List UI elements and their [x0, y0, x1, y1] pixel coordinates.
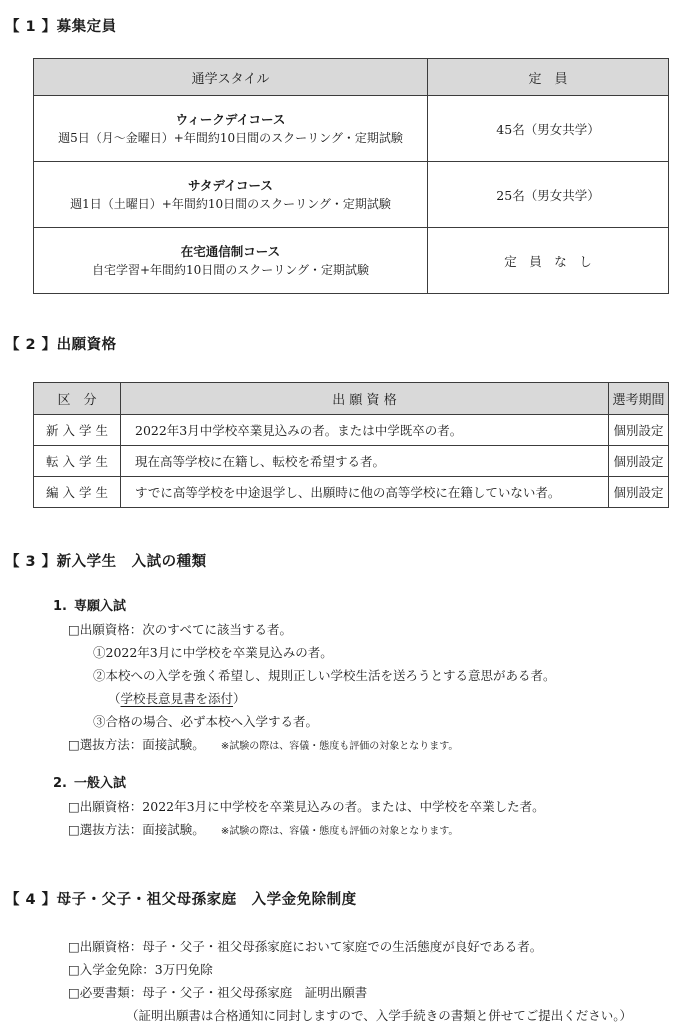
attachment-note-line: （学校長意見書を添付） — [108, 687, 700, 710]
subsection-label: 専願入試 — [74, 599, 126, 614]
row-transfer-students: 転 入 学 生 現在高等学校に在籍し、転校を希望する者。 個別設定 — [34, 446, 669, 477]
admissions-document: 【 1 】募集定員 通学スタイル 定 員 ウィークデイコース 週5日（月～金曜日… — [0, 0, 700, 1027]
section-exam-types: 【 3 】新入学生 入試の種類 1.専願入試 □出願資格：次のすべてに該当する者… — [0, 552, 700, 843]
application-qualification-line: □出願資格：次のすべてに該当する者。 — [68, 618, 700, 641]
section-entrance-fee-exemption: 【 4 】母子・父子・祖父母孫家庭 入学金免除制度 □出願資格：母子・父子・祖父… — [0, 890, 700, 1027]
qualification-text: 現在高等学校に在籍し、転校を希望する者。 — [121, 446, 609, 477]
student-category: 編 入 学 生 — [34, 477, 121, 508]
subsection-general-exam-title: 2.一般入試 — [53, 772, 700, 795]
row-correspondence-course: 在宅通信制コース 自宅学習+年間約10日間のスクーリング・定期試験 定 員 な … — [34, 228, 669, 294]
selection-period: 個別設定 — [609, 477, 669, 508]
condition-item-2: ②本校への入学を強く希望し、規則正しい学校生活を送ろうとする意思がある者。 — [93, 664, 700, 687]
section-2-heading: 【 2 】出願資格 — [5, 335, 700, 355]
course-name: サタデイコース — [40, 177, 421, 195]
subsection-number: 1. — [53, 599, 67, 614]
course-name: ウィークデイコース — [40, 111, 421, 129]
header-selection-period: 選考期間 — [609, 383, 669, 415]
exam-evaluation-note: ※試験の際は、容儀・態度も評価の対象となります。 — [221, 741, 459, 752]
principal-opinion-attachment-text: 学校長意見書を添付 — [121, 691, 234, 706]
section-recruitment-capacity: 【 1 】募集定員 通学スタイル 定 員 ウィークデイコース 週5日（月～金曜日… — [0, 17, 700, 294]
subsection-label: 一般入試 — [74, 776, 126, 791]
subsection-recommended-exam-title: 1.専願入試 — [53, 595, 700, 618]
exam-evaluation-note: ※試験の際は、容儀・態度も評価の対象となります。 — [221, 826, 459, 837]
selection-method-line: □選抜方法：面接試験。※試験の際は、容儀・態度も評価の対象となります。 — [68, 818, 700, 843]
condition-item-3: ③合格の場合、必ず本校へ入学する者。 — [93, 710, 700, 733]
course-detail: 週1日（土曜日）+年間約10日間のスクーリング・定期試験 — [40, 195, 421, 213]
course-capacity: 定 員 な し — [428, 228, 669, 294]
paren-close: ） — [233, 691, 246, 706]
condition-item-1: ①2022年3月に中学校を卒業見込みの者。 — [93, 641, 700, 664]
selection-period: 個別設定 — [609, 446, 669, 477]
selection-method-line: □選抜方法：面接試験。※試験の際は、容儀・態度も評価の対象となります。 — [68, 733, 700, 758]
student-category: 転 入 学 生 — [34, 446, 121, 477]
row-reentry-students: 編 入 学 生 すでに高等学校を中途退学し、出願時に他の高等学校に在籍していない… — [34, 477, 669, 508]
qualification-table: 区 分 出 願 資 格 選考期間 新 入 学 生 2022年3月中学校卒業見込み… — [33, 382, 669, 508]
subsection-number: 2. — [53, 776, 67, 791]
qualification-text: 2022年3月中学校卒業見込みの者。または中学既卒の者。 — [121, 415, 609, 446]
selection-method-text: □選抜方法：面接試験。 — [68, 822, 205, 837]
row-new-students: 新 入 学 生 2022年3月中学校卒業見込みの者。または中学既卒の者。 個別設… — [34, 415, 669, 446]
application-qualification-line: □出願資格：2022年3月に中学校を卒業見込みの者。または、中学校を卒業した者。 — [68, 795, 700, 818]
exemption-qualification-line: □出願資格：母子・父子・祖父母孫家庭において家庭での生活態度が良好である者。 — [68, 935, 700, 958]
row-saturday-course: サタデイコース 週1日（土曜日）+年間約10日間のスクーリング・定期試験 25名… — [34, 162, 669, 228]
course-capacity: 25名（男女共学） — [428, 162, 669, 228]
selection-period: 個別設定 — [609, 415, 669, 446]
header-qualification: 出 願 資 格 — [121, 383, 609, 415]
course-detail: 週5日（月～金曜日）+年間約10日間のスクーリング・定期試験 — [40, 129, 421, 147]
header-category: 区 分 — [34, 383, 121, 415]
selection-method-text: □選抜方法：面接試験。 — [68, 737, 205, 752]
exemption-amount-line: □入学金免除：3万円免除 — [68, 958, 700, 981]
qualification-table-header-row: 区 分 出 願 資 格 選考期間 — [34, 383, 669, 415]
header-capacity: 定 員 — [428, 59, 669, 96]
student-category: 新 入 学 生 — [34, 415, 121, 446]
header-commute-style: 通学スタイル — [34, 59, 428, 96]
course-detail: 自宅学習+年間約10日間のスクーリング・定期試験 — [40, 261, 421, 279]
row-weekday-course: ウィークデイコース 週5日（月～金曜日）+年間約10日間のスクーリング・定期試験… — [34, 96, 669, 162]
section-4-heading: 【 4 】母子・父子・祖父母孫家庭 入学金免除制度 — [5, 890, 700, 910]
certificate-submission-note-line: （証明出願書は合格通知に同封しますので、入学手続きの書類と併せてご提出ください。… — [126, 1004, 700, 1027]
paren-open: （ — [108, 691, 121, 706]
section-1-heading: 【 1 】募集定員 — [5, 17, 700, 37]
course-capacity: 45名（男女共学） — [428, 96, 669, 162]
required-documents-line: □必要書類：母子・父子・祖父母孫家庭 証明出願書 — [68, 981, 700, 1004]
qualification-text: すでに高等学校を中途退学し、出願時に他の高等学校に在籍していない者。 — [121, 477, 609, 508]
capacity-table: 通学スタイル 定 員 ウィークデイコース 週5日（月～金曜日）+年間約10日間の… — [33, 58, 669, 294]
section-3-heading: 【 3 】新入学生 入試の種類 — [5, 552, 700, 572]
course-name: 在宅通信制コース — [40, 243, 421, 261]
section-application-qualification: 【 2 】出願資格 区 分 出 願 資 格 選考期間 新 入 学 生 2022年… — [0, 335, 700, 508]
capacity-table-header-row: 通学スタイル 定 員 — [34, 59, 669, 96]
